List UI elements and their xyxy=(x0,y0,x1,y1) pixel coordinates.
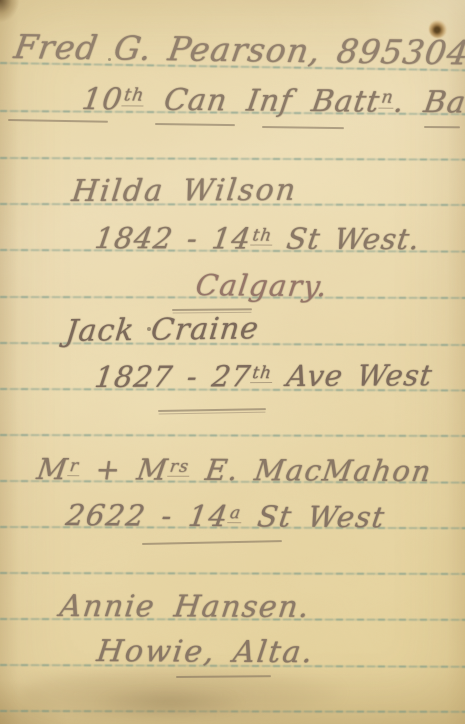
ruled-line xyxy=(0,572,465,575)
text-segment: Howie, Alta. xyxy=(95,634,317,670)
handwriting-craine-street: 1827 - 27th Ave West xyxy=(93,361,434,392)
text-segment: Ave West xyxy=(270,358,434,393)
handwriting-wilson-name: Hilda Wilson xyxy=(70,176,299,207)
text-segment: + M xyxy=(77,452,170,486)
text-segment: E. MacMahon xyxy=(188,453,435,488)
text-segment: Calgary. xyxy=(194,268,331,303)
pencil-underline-stroke xyxy=(142,540,282,545)
pencil-underline-stroke xyxy=(155,123,235,126)
pencil-underline-stroke xyxy=(262,126,344,129)
pencil-underline-stroke xyxy=(8,119,108,123)
handwriting-wilson-city: Calgary. xyxy=(194,271,330,301)
text-segment: 1842 - 14 xyxy=(93,221,254,256)
text-segment: Can Inf Batt xyxy=(142,83,382,120)
notebook-page-scan: Fred G. Pearson, 895304 10th Can Inf Bat… xyxy=(0,0,465,724)
text-segment: 1827 - 27 xyxy=(93,359,254,394)
ruled-line xyxy=(0,434,465,437)
handwriting-wilson-street: 1842 - 14th St West. xyxy=(93,224,422,254)
bottom-smudge xyxy=(95,688,245,718)
pencil-underline-stroke xyxy=(424,126,460,128)
text-segment: Jack Craine xyxy=(64,311,261,349)
handwriting-pearson-name: Fred G. Pearson, 895304 xyxy=(12,30,465,69)
text-segment: St West xyxy=(240,499,388,534)
text-segment: M xyxy=(35,452,71,486)
handwriting-craine-name: Jack Craine xyxy=(64,314,261,347)
text-segment: 10 xyxy=(80,82,125,117)
handwriting-macmahon-street: 2622 - 14a St West xyxy=(64,501,387,532)
text-segment: Annie Hansen. xyxy=(58,589,312,625)
text-segment: Hilda Wilson xyxy=(70,173,299,209)
text-segment: St West. xyxy=(270,222,422,256)
text-segment: 2622 - 14 xyxy=(64,498,231,533)
ruled-line xyxy=(0,157,465,161)
handwriting-pearson-unit: 10th Can Inf Battn. Band xyxy=(80,85,465,119)
pencil-underline-stroke xyxy=(158,408,266,412)
handwriting-macmahon-name: Mr + Mrs E. MacMahon xyxy=(35,455,434,486)
text-segment: Fred G. Pearson, 895304 xyxy=(12,27,465,72)
handwriting-hansen-name: Annie Hansen. xyxy=(58,592,312,623)
handwriting-hansen-place: Howie, Alta. xyxy=(95,637,316,668)
text-segment: . Band xyxy=(391,85,465,121)
superscript-segment: th xyxy=(250,362,274,383)
